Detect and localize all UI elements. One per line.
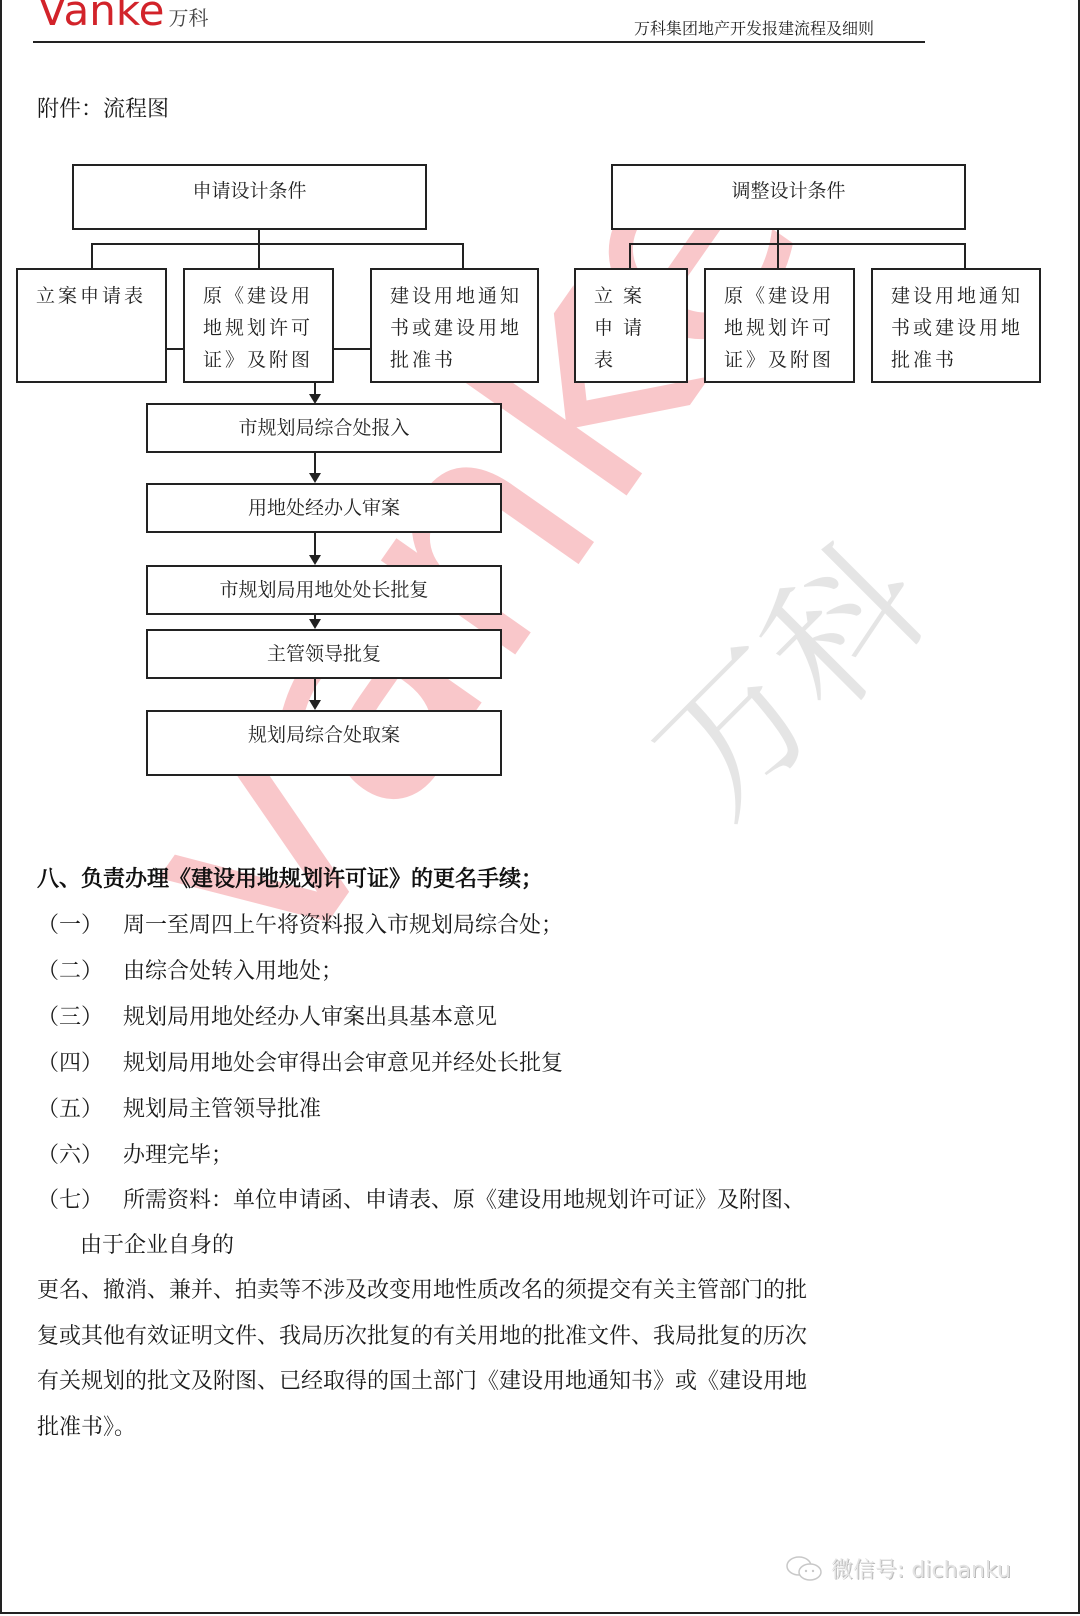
connector [777, 230, 779, 244]
connector [314, 453, 316, 475]
arrow-down-icon [309, 555, 321, 565]
paragraph-line: 批准书》。 [37, 1410, 136, 1441]
arrow-down-icon [309, 473, 321, 483]
flow-box-original-permit-2: 原《建设用地规划许可证》及附图 [704, 268, 855, 383]
connector [629, 243, 966, 245]
connector [165, 348, 185, 350]
attachment-title: 附件：流程图 [37, 92, 169, 123]
flow-box-land-notice: 建设用地通知书或建设用地批准书 [370, 268, 539, 383]
connector [91, 243, 93, 269]
connector [314, 533, 316, 557]
flow-box-apply-design-conditions: 申请设计条件 [72, 164, 427, 230]
connector [258, 243, 260, 269]
connector [332, 348, 372, 350]
list-item: （五）规划局主管领导批准 [37, 1092, 321, 1123]
flow-step-5: 规划局综合处取案 [146, 710, 502, 776]
arrow-down-icon [309, 700, 321, 710]
logo-text-cn: 万科 [169, 2, 209, 31]
list-item: （六）办理完毕； [37, 1138, 233, 1169]
connector [462, 243, 464, 269]
connector [258, 230, 260, 244]
flow-step-2: 用地处经办人审案 [146, 483, 502, 533]
logo-text-en: Vanke [38, 0, 165, 35]
list-item: （一）周一至周四上午将资料报入市规划局综合处； [37, 908, 563, 939]
wechat-id: 微信号: dichanku [831, 1553, 1011, 1584]
list-item: （七）所需资料：单位申请函、申请表、原《建设用地规划许可证》及附图、 [37, 1183, 805, 1214]
paragraph-line: 更名、撤消、兼并、拍卖等不涉及改变用地性质改名的须提交有关主管部门的批 [37, 1273, 807, 1304]
flow-box-filing-form-2: 立案申请表 [574, 268, 688, 383]
arrow-down-icon [309, 619, 321, 629]
vanke-logo: Vanke 万科 [38, 0, 209, 35]
flow-box-land-notice-2: 建设用地通知书或建设用地批准书 [871, 268, 1041, 383]
paragraph-line: 由于企业自身的 [80, 1228, 234, 1259]
list-item: （二）由综合处转入用地处； [37, 954, 343, 985]
connector [91, 243, 464, 245]
document-title: 万科集团地产开发报建流程及细则 [634, 16, 874, 39]
flow-box-filing-form: 立案申请表 [16, 268, 167, 383]
paragraph-line: 有关规划的批文及附图、已经取得的国土部门《建设用地通知书》或《建设用地 [37, 1364, 807, 1395]
flow-step-1: 市规划局综合处报入 [146, 403, 502, 453]
connector [964, 243, 966, 269]
flow-box-adjust-design-conditions: 调整设计条件 [611, 164, 966, 230]
section-heading: 八、负责办理《建设用地规划许可证》的更名手续； [37, 862, 543, 893]
paragraph-line: 复或其他有效证明文件、我局历次批复的有关用地的批准文件、我局批复的历次 [37, 1319, 807, 1350]
list-item: （三）规划局用地处经办人审案出具基本意见 [37, 1000, 497, 1031]
flow-box-original-permit: 原《建设用地规划许可证》及附图 [183, 268, 334, 383]
flow-step-4: 主管领导批复 [146, 629, 502, 679]
connector [777, 243, 779, 269]
header-divider [33, 41, 925, 43]
flow-step-3: 市规划局用地处处长批复 [146, 565, 502, 615]
list-item: （四）规划局用地处会审得出会审意见并经处长批复 [37, 1046, 563, 1077]
wechat-icon [785, 1554, 825, 1584]
wechat-watermark: 微信号: dichanku [785, 1553, 1011, 1584]
connector [629, 243, 631, 269]
